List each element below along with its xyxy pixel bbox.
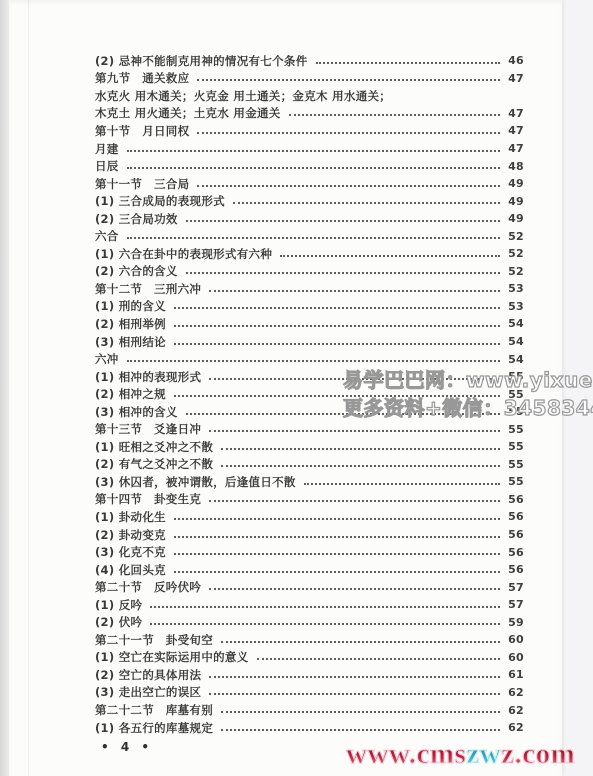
toc-page-number: 47 [506, 124, 524, 137]
dot-leader [304, 483, 500, 485]
dot-leader [209, 693, 500, 695]
dot-leader [174, 536, 500, 538]
dot-leader [289, 114, 500, 116]
toc-entry-text: (1) 反吟 [95, 597, 142, 613]
book-page: (2) 忌神不能制克用神的情况有七个条件 46 第九节 通关救应 47 水克火 … [9, 0, 562, 776]
table-row: (3) 走出空亡的误区 62 [95, 684, 524, 702]
table-row: 第九节 通关救应 47 [95, 70, 524, 88]
toc-entry-text: 月建 [95, 141, 119, 157]
table-row: (2) 忌神不能制克用神的情况有七个条件 46 [95, 52, 524, 70]
toc-entry-text: 第十一节 三合局 [95, 176, 189, 192]
dot-leader [221, 465, 500, 467]
table-row: 第十节 月日同权 47 [95, 122, 524, 140]
dot-leader [127, 237, 500, 239]
toc-page-number: 56 [506, 528, 524, 541]
toc-page-number: 52 [506, 230, 524, 243]
dot-leader [174, 325, 500, 327]
toc-page-number: 56 [506, 493, 524, 506]
toc-entry-text: 木克土 用火通关；土克水 用金通关 [95, 105, 281, 121]
toc-page-number: 53 [506, 282, 524, 295]
table-row: 第二十二节 库墓有别 62 [95, 701, 524, 719]
toc-page-number: 49 [506, 195, 524, 208]
table-row: 六合 52 [95, 227, 524, 245]
table-row: (3) 相刑结论 54 [95, 333, 524, 351]
watermark-contact: 更多资料+微信：3458344044 [343, 392, 593, 421]
toc-entry-text: 第十二节 三刑六冲 [95, 281, 201, 297]
toc-page-number: 52 [506, 247, 524, 260]
toc-entry-text: 第十三节 爻逢日冲 [95, 421, 201, 437]
table-row: (1) 刑的含义 53 [95, 298, 524, 316]
table-row: (2) 六合的含义 52 [95, 263, 524, 281]
dot-leader [209, 588, 500, 590]
table-row: 第二十节 反吟伏吟 57 [95, 578, 524, 596]
toc-page-number: 60 [506, 651, 524, 664]
dot-leader [257, 658, 500, 660]
dot-leader [280, 255, 500, 257]
table-row: 第十四节 卦变生克 56 [95, 491, 524, 509]
dot-leader [127, 150, 500, 152]
toc-page-number: 55 [506, 423, 524, 436]
toc-page-number: 56 [506, 510, 524, 523]
table-row: 第二十一节 卦受旬空 60 [95, 631, 524, 649]
toc-entry-text: (3) 化克不克 [95, 544, 166, 560]
toc-entry-text: (2) 六合的含义 [95, 263, 178, 279]
table-row: (2) 伏吟 59 [95, 614, 524, 632]
toc-page-number: 57 [506, 598, 524, 611]
toc-page-number: 62 [506, 721, 524, 734]
dot-leader [127, 360, 500, 362]
dot-leader [209, 290, 500, 292]
toc-page-number: 59 [506, 616, 524, 629]
dot-leader [209, 430, 500, 432]
toc-entry-text: 第二十节 反吟伏吟 [95, 579, 201, 595]
dot-leader [186, 220, 500, 222]
table-row: (1) 六合在卦中的表现形式有六种 52 [95, 245, 524, 263]
toc-page-number: 60 [506, 633, 524, 646]
toc-page-number: 55 [506, 440, 524, 453]
toc-page-number: 55 [506, 475, 524, 488]
toc-entry-text: (2) 忌神不能制克用神的情况有七个条件 [95, 53, 308, 69]
toc-entry-text: 第十节 月日同权 [95, 123, 189, 139]
toc-page-number: 49 [506, 212, 524, 225]
table-row: (3) 休囚者，被冲谓散，后逢值日不散 55 [95, 473, 524, 491]
table-row: (1) 卦动化生 56 [95, 508, 524, 526]
dot-leader [197, 185, 500, 187]
dot-leader [174, 571, 500, 573]
table-row: (2) 卦动变克 56 [95, 526, 524, 544]
toc-entry-text: (2) 三合局功效 [95, 211, 178, 227]
toc-entry-text: 第九节 通关救应 [95, 70, 189, 86]
table-row: (1) 反吟 57 [95, 596, 524, 614]
dot-leader [209, 500, 500, 502]
footer-url-segment-right: z.com [501, 738, 575, 770]
table-row: 月建 47 [95, 140, 524, 158]
table-row: (4) 化回头克 56 [95, 561, 524, 579]
toc-page-number: 62 [506, 686, 524, 699]
toc-entry-text: (1) 卦动化生 [95, 509, 166, 525]
toc-page-number: 53 [506, 300, 524, 313]
table-row: (3) 化克不克 56 [95, 543, 524, 561]
dot-leader [197, 132, 500, 134]
toc-page-number: 57 [506, 581, 524, 594]
footer-url-segment-left: www.cms [346, 738, 466, 770]
toc-entry-text: 日辰 [95, 158, 119, 174]
toc-entry-text: (4) 化回头克 [95, 562, 166, 578]
scan-page-edge [0, 0, 9, 776]
toc-page-number: 62 [506, 704, 524, 717]
toc-entry-text: (1) 各五行的库墓规定 [95, 720, 213, 736]
toc-entry-text: 六冲 [95, 351, 119, 367]
table-row: 第十三节 爻逢日冲 55 [95, 420, 524, 438]
table-row: (1) 空亡在实际运用中的意义 60 [95, 649, 524, 667]
dot-leader [221, 641, 500, 643]
dot-leader [174, 553, 500, 555]
dot-leader [221, 711, 500, 713]
toc-entry-text: (2) 空亡的具体用法 [95, 667, 201, 683]
dot-leader [233, 202, 500, 204]
table-row: 第十二节 三刑六冲 53 [95, 280, 524, 298]
toc-entry-text: (1) 空亡在实际运用中的意义 [95, 649, 249, 665]
dot-leader [221, 729, 500, 731]
footer-url-watermark: www.cmszwz.com [346, 738, 575, 771]
dot-leader [150, 606, 500, 608]
dot-leader [209, 676, 500, 678]
dot-leader [174, 518, 500, 520]
page-crease-line [28, 0, 29, 776]
toc-page-number: 52 [506, 265, 524, 278]
dot-leader [174, 343, 500, 345]
toc-entry-text: 六合 [95, 228, 119, 244]
toc-entry-text: (2) 相冲之规 [95, 386, 166, 402]
footer-url-segment-middle: zw [466, 738, 501, 770]
toc-entry-text: (2) 有气之爻冲之不散 [95, 456, 213, 472]
table-row: (2) 有气之爻冲之不散 55 [95, 456, 524, 474]
dot-leader [186, 272, 500, 274]
toc-page-number: 54 [506, 317, 524, 330]
toc-entry-text: 第二十一节 卦受旬空 [95, 632, 213, 648]
table-row: 木克土 用火通关；土克水 用金通关 47 [95, 105, 524, 123]
toc-page-number: 47 [506, 107, 524, 120]
toc-entry-text: 第十四节 卦变生克 [95, 491, 201, 507]
toc-entry-text: (3) 相冲的含义 [95, 404, 178, 420]
toc-entry-text: (2) 卦动变克 [95, 527, 166, 543]
toc-page-number: 54 [506, 335, 524, 348]
toc-page-number: 47 [506, 142, 524, 155]
toc-entry-text: (1) 旺相之爻冲之不散 [95, 439, 213, 455]
dot-leader [174, 307, 500, 309]
toc-entry-text: 第二十二节 库墓有别 [95, 702, 213, 718]
table-row: (1) 三合成局的表现形式 49 [95, 192, 524, 210]
table-row: 第十一节 三合局 49 [95, 175, 524, 193]
toc-page-number: 61 [506, 668, 524, 681]
toc-page-number: 55 [506, 458, 524, 471]
toc-entry-text: 水克火 用木通关；火克金 用土通关；金克木 用水通关； [95, 88, 391, 104]
toc-page-number: 56 [506, 563, 524, 576]
toc-page-number: 48 [506, 160, 524, 173]
table-row: (2) 三合局功效 49 [95, 210, 524, 228]
toc-page-number: 46 [506, 54, 524, 67]
table-row: 日辰 48 [95, 157, 524, 175]
toc-page-number: 49 [506, 177, 524, 190]
table-row: (2) 空亡的具体用法 61 [95, 666, 524, 684]
toc-entry-text: (1) 相冲的表现形式 [95, 369, 201, 385]
dot-leader [221, 448, 500, 450]
toc-entry-text: (3) 休囚者，被冲谓散，后逢值日不散 [95, 474, 296, 490]
table-row: (2) 相刑举例 54 [95, 315, 524, 333]
table-row: (1) 各五行的库墓规定 62 [95, 719, 524, 737]
toc-page-number: 56 [506, 546, 524, 559]
toc-entry-text: (1) 刑的含义 [95, 298, 166, 314]
toc-entry-text: (1) 三合成局的表现形式 [95, 193, 225, 209]
watermark-site: 易学巴巴网：www.yixue88.cn [343, 364, 593, 393]
toc-entry-text: (2) 相刑举例 [95, 316, 166, 332]
footer-page-number: • 4 • [101, 740, 153, 754]
toc-entry-text: (3) 走出空亡的误区 [95, 684, 201, 700]
dot-leader [197, 79, 500, 81]
toc-page-number: 47 [506, 72, 524, 85]
toc-entry-text: (3) 相刑结论 [95, 334, 166, 350]
toc-entry-text: (1) 六合在卦中的表现形式有六种 [95, 246, 272, 262]
dot-leader [150, 623, 500, 625]
toc-entry-text: (2) 伏吟 [95, 614, 142, 630]
dot-leader [316, 62, 500, 64]
dot-leader [127, 167, 500, 169]
table-row: 水克火 用木通关；火克金 用土通关；金克木 用水通关； [95, 87, 524, 105]
table-row: (1) 旺相之爻冲之不散 55 [95, 438, 524, 456]
